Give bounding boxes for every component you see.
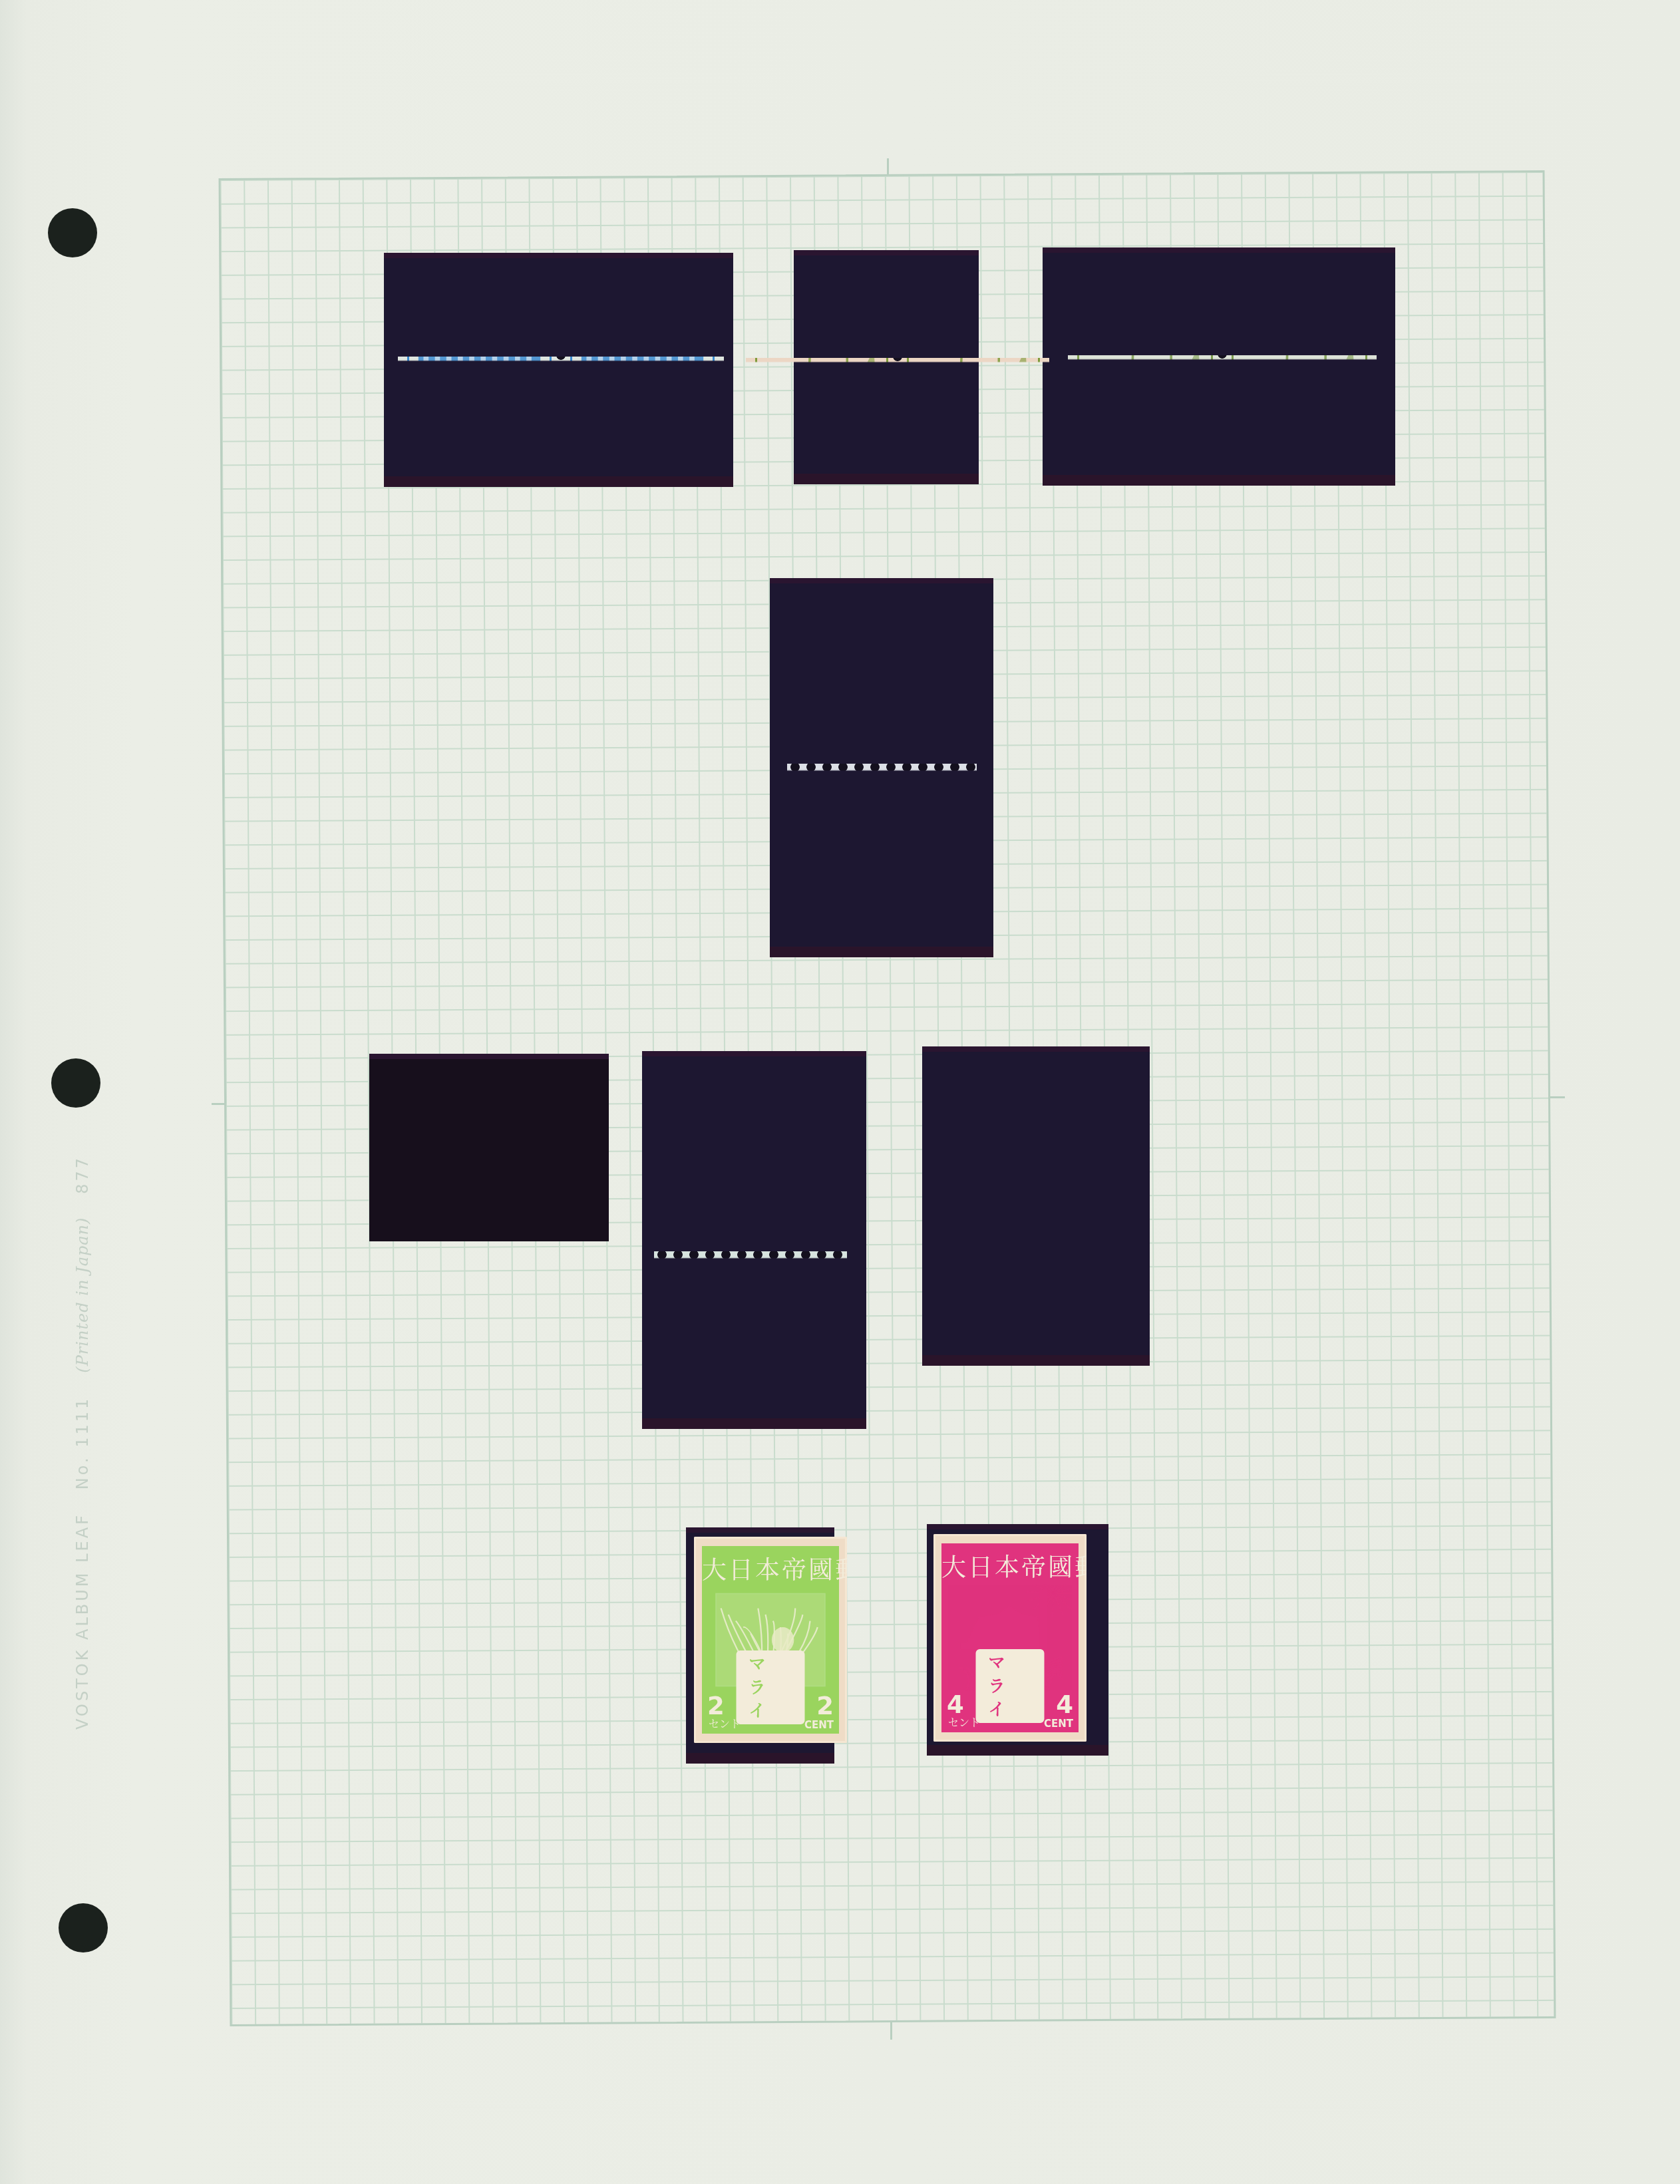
empty-mount-right[interactable] [922, 1046, 1150, 1366]
stamp-inscription: 大日本帝國郵便 [409, 268, 550, 305]
stamp-country: マライ [941, 373, 1006, 445]
stamp-country: マライ [840, 684, 924, 745]
stamp-value-right: 4 [1056, 1692, 1073, 1717]
binder-hole-bottom [59, 1903, 108, 1952]
stamp-cent-label: CENT [513, 438, 544, 450]
stamp-value-left: 2 [707, 1694, 725, 1718]
stamp-country: マライ [444, 366, 515, 444]
stamp-sen-label: セント [805, 904, 845, 923]
stamp-inscription: 大日本帝國郵便 [941, 1547, 1079, 1583]
stamp-cent-label: CENT [793, 1225, 830, 1239]
stamp-cent-label: CENT [923, 909, 960, 923]
stamp-inscription: 大日本帝國郵便 [757, 269, 886, 303]
stamp-inscription: 大日本帝國郵便 [572, 268, 713, 305]
stamp-cent-label: CENT [1331, 437, 1360, 449]
stamp-value-right: 30 [999, 414, 1033, 438]
perforation-row [654, 1249, 847, 1260]
stamp-value-right: 50 [508, 411, 544, 437]
stamp-inscription: 大日本帝國郵便 [1079, 267, 1211, 303]
footer-code: 877 [73, 1156, 92, 1194]
stamp-cent-label: CENT [923, 737, 960, 752]
stamp-unit: 大日本帝國郵便 50 セント マライ 50 CENT [561, 251, 724, 466]
stamp-country: マライ [607, 366, 678, 444]
center-tick-bottom [890, 2022, 892, 2040]
footer-printed: (Printed in Japan) [73, 1217, 92, 1373]
stamp-unit: 大日本帝國郵便 15 セント マライ 15 CENT [787, 767, 977, 939]
album-footer: VOSTOK ALBUM LEAF No. 1111 (Printed in J… [73, 1156, 92, 1730]
stamp-sen-label: セント [672, 1393, 712, 1412]
stamp-30c-palms-pair: 大日本帝國郵便 30 セント マライ 30 CENT 大日本帝國郵便 30 セン… [1068, 250, 1377, 464]
stamp-inscription: 大日本帝國郵便 [702, 1550, 839, 1586]
stamp-70c-mosque-pair: 大日本帝國郵便 70 セント マライ 70 CENT 大日本帝國郵便 70 セン… [654, 1082, 847, 1428]
stamp-unit: 大日本帝國郵便 30 セント マライ 30 CENT [1068, 250, 1222, 464]
stamp-4c-ship: 大日本帝國郵便 4 セント マライ 4 CENT [933, 1534, 1087, 1742]
perforation-row [556, 251, 566, 466]
stamp-30c-palms-pair: 大日本帝國郵便 30 セント マライ 30 CENT 大日本帝國郵便 30 セン… [746, 253, 1049, 467]
perforation-row [787, 762, 977, 772]
stamp-value-right: 50 [671, 411, 707, 437]
stamp-cent-label: CENT [676, 438, 707, 450]
footer-brand: VOSTOK ALBUM LEAF [73, 1513, 92, 1730]
stamp-unit: 大日本帝國郵便 70 セント マライ 70 CENT [654, 1255, 847, 1428]
stamp-country: マライ [840, 856, 924, 917]
stamp-unit: 大日本帝國郵便 30 セント マライ 30 CENT [898, 253, 1049, 467]
stamp-value-right: 2 [816, 1694, 834, 1718]
stamp-2c-flowers: 大日本帝國郵便 2 セント マライ 2 CENT [694, 1537, 847, 1743]
stamp-50c-harbour-pair: 大日本帝國郵便 50 セント マライ 50 CENT 大日本帝國郵便 50 セン… [398, 251, 724, 466]
perforation-row [892, 253, 903, 467]
stamp-cent-label: CENT [804, 1719, 834, 1731]
stamp-sen-label: セント [672, 1220, 712, 1239]
stamp-country: マライ [708, 1170, 793, 1233]
perforation-row [1217, 250, 1228, 464]
stamp-country: マライ [790, 373, 854, 445]
stamp-unit: 大日本帝國郵便 30 セント マライ 30 CENT [746, 253, 898, 467]
footer-leaf-number: No. 1111 [73, 1396, 92, 1490]
stamp-cent-label: CENT [852, 440, 881, 452]
stamp-unit: 大日本帝國郵便 70 セント マライ 70 CENT [654, 1082, 847, 1255]
album-page: VOSTOK ALBUM LEAF No. 1111 (Printed in J… [0, 0, 1680, 2184]
center-tick-top [887, 158, 889, 176]
stamp-country: マライ [1267, 369, 1333, 442]
binder-hole-middle [51, 1058, 100, 1108]
stamp-value-right: 30 [848, 414, 881, 438]
stamp-country: マライ [708, 1343, 793, 1406]
stamp-cent-label: CENT [1176, 437, 1206, 449]
center-tick-right [1550, 1096, 1565, 1098]
stamp-cent-label: CENT [793, 1398, 830, 1412]
stamp-country: マライ [976, 1649, 1045, 1723]
binder-hole-top [48, 208, 97, 257]
stamp-unit: 大日本帝國郵便 2 セント マライ 2 CENT [694, 1537, 847, 1743]
stamp-country: マライ [737, 1650, 805, 1724]
stamp-value-right: 30 [1172, 411, 1206, 436]
stamp-country: マライ [1112, 369, 1178, 442]
stamp-inscription: 大日本帝國郵便 [909, 269, 1038, 303]
stamp-sen-label: セント [805, 732, 845, 752]
stamp-cent-label: CENT [1044, 1718, 1073, 1730]
stamp-unit: 大日本帝國郵便 50 セント マライ 50 CENT [398, 251, 561, 466]
stamp-15c-shrine-pair: 大日本帝國郵便 15 セント マライ 15 CENT 大日本帝國郵便 15 セン… [787, 595, 977, 939]
empty-mount-left[interactable] [369, 1054, 609, 1241]
stamp-unit: 大日本帝國郵便 30 セント マライ 30 CENT [1222, 250, 1377, 464]
stamp-cent-label: CENT [1003, 440, 1033, 452]
stamp-inscription: 大日本帝國郵便 [1234, 267, 1365, 303]
stamp-value-right: 30 [1326, 411, 1361, 436]
center-tick-left [212, 1103, 226, 1105]
stamp-value-left: 4 [947, 1692, 964, 1717]
stamp-unit: 大日本帝國郵便 15 セント マライ 15 CENT [787, 595, 977, 767]
stamp-unit: 大日本帝國郵便 4 セント マライ 4 CENT [933, 1534, 1087, 1742]
